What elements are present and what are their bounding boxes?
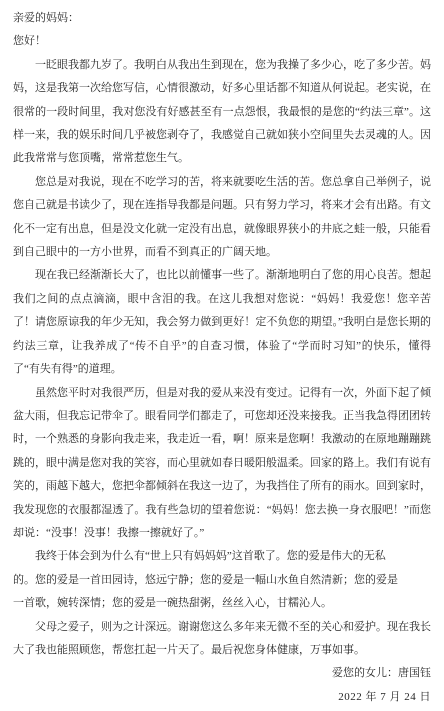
letter-page: 亲爱的妈妈： 您好！ 一眨眼我都九岁了。我明白从我出生到现在，您为我操了多少心，…: [0, 0, 444, 711]
letter-paragraph-3: 现在我已经渐渐长大了，也比以前懂事一些了。渐渐地明白了您的用心良苦。想起我们之间…: [13, 264, 431, 381]
poem-line-1: 我终于体会到为什么有“世上只有妈妈妈”这首歌了。您的爱是伟大的无私: [13, 545, 431, 568]
letter-paragraph-6: 父母之爱子，则为之计深远。谢谢您这么多年来无微不至的关心和爱护。现在我长大了我也…: [13, 616, 431, 663]
poem-line-3: 一首歌，婉转深情；您的爱是一碗热甜粥，丝丝入心，甘糯沁人。: [13, 592, 431, 615]
letter-signature: 爱您的女儿：唐国钰: [13, 662, 431, 685]
poem-line-2: 的。您的爱是一首田园诗，悠远宁静；您的爱是一幅山水鱼自然清新；您的爱是: [13, 569, 431, 592]
letter-greeting: 您好！: [13, 30, 431, 53]
letter-paragraph-1: 一眨眼我都九岁了。我明白从我出生到现在，您为我操了多少心，吃了多少苦。妈妈，这是…: [13, 54, 431, 171]
letter-date: 2022 年 7 月 24 日: [13, 686, 431, 709]
letter-paragraph-2: 您总是对我说，现在不吃学习的苦，将来就要吃生活的苦。您总拿自己举例子，说您自己就…: [13, 171, 431, 265]
letter-salutation: 亲爱的妈妈：: [13, 7, 431, 30]
letter-paragraph-4: 虽然您平时对我很严历，但是对我的爱从来没有变过。记得有一次，外面下起了倾盆大雨，…: [13, 382, 431, 546]
letter-paragraph-5: 我终于体会到为什么有“世上只有妈妈妈”这首歌了。您的爱是伟大的无私 的。您的爱是…: [13, 545, 431, 615]
